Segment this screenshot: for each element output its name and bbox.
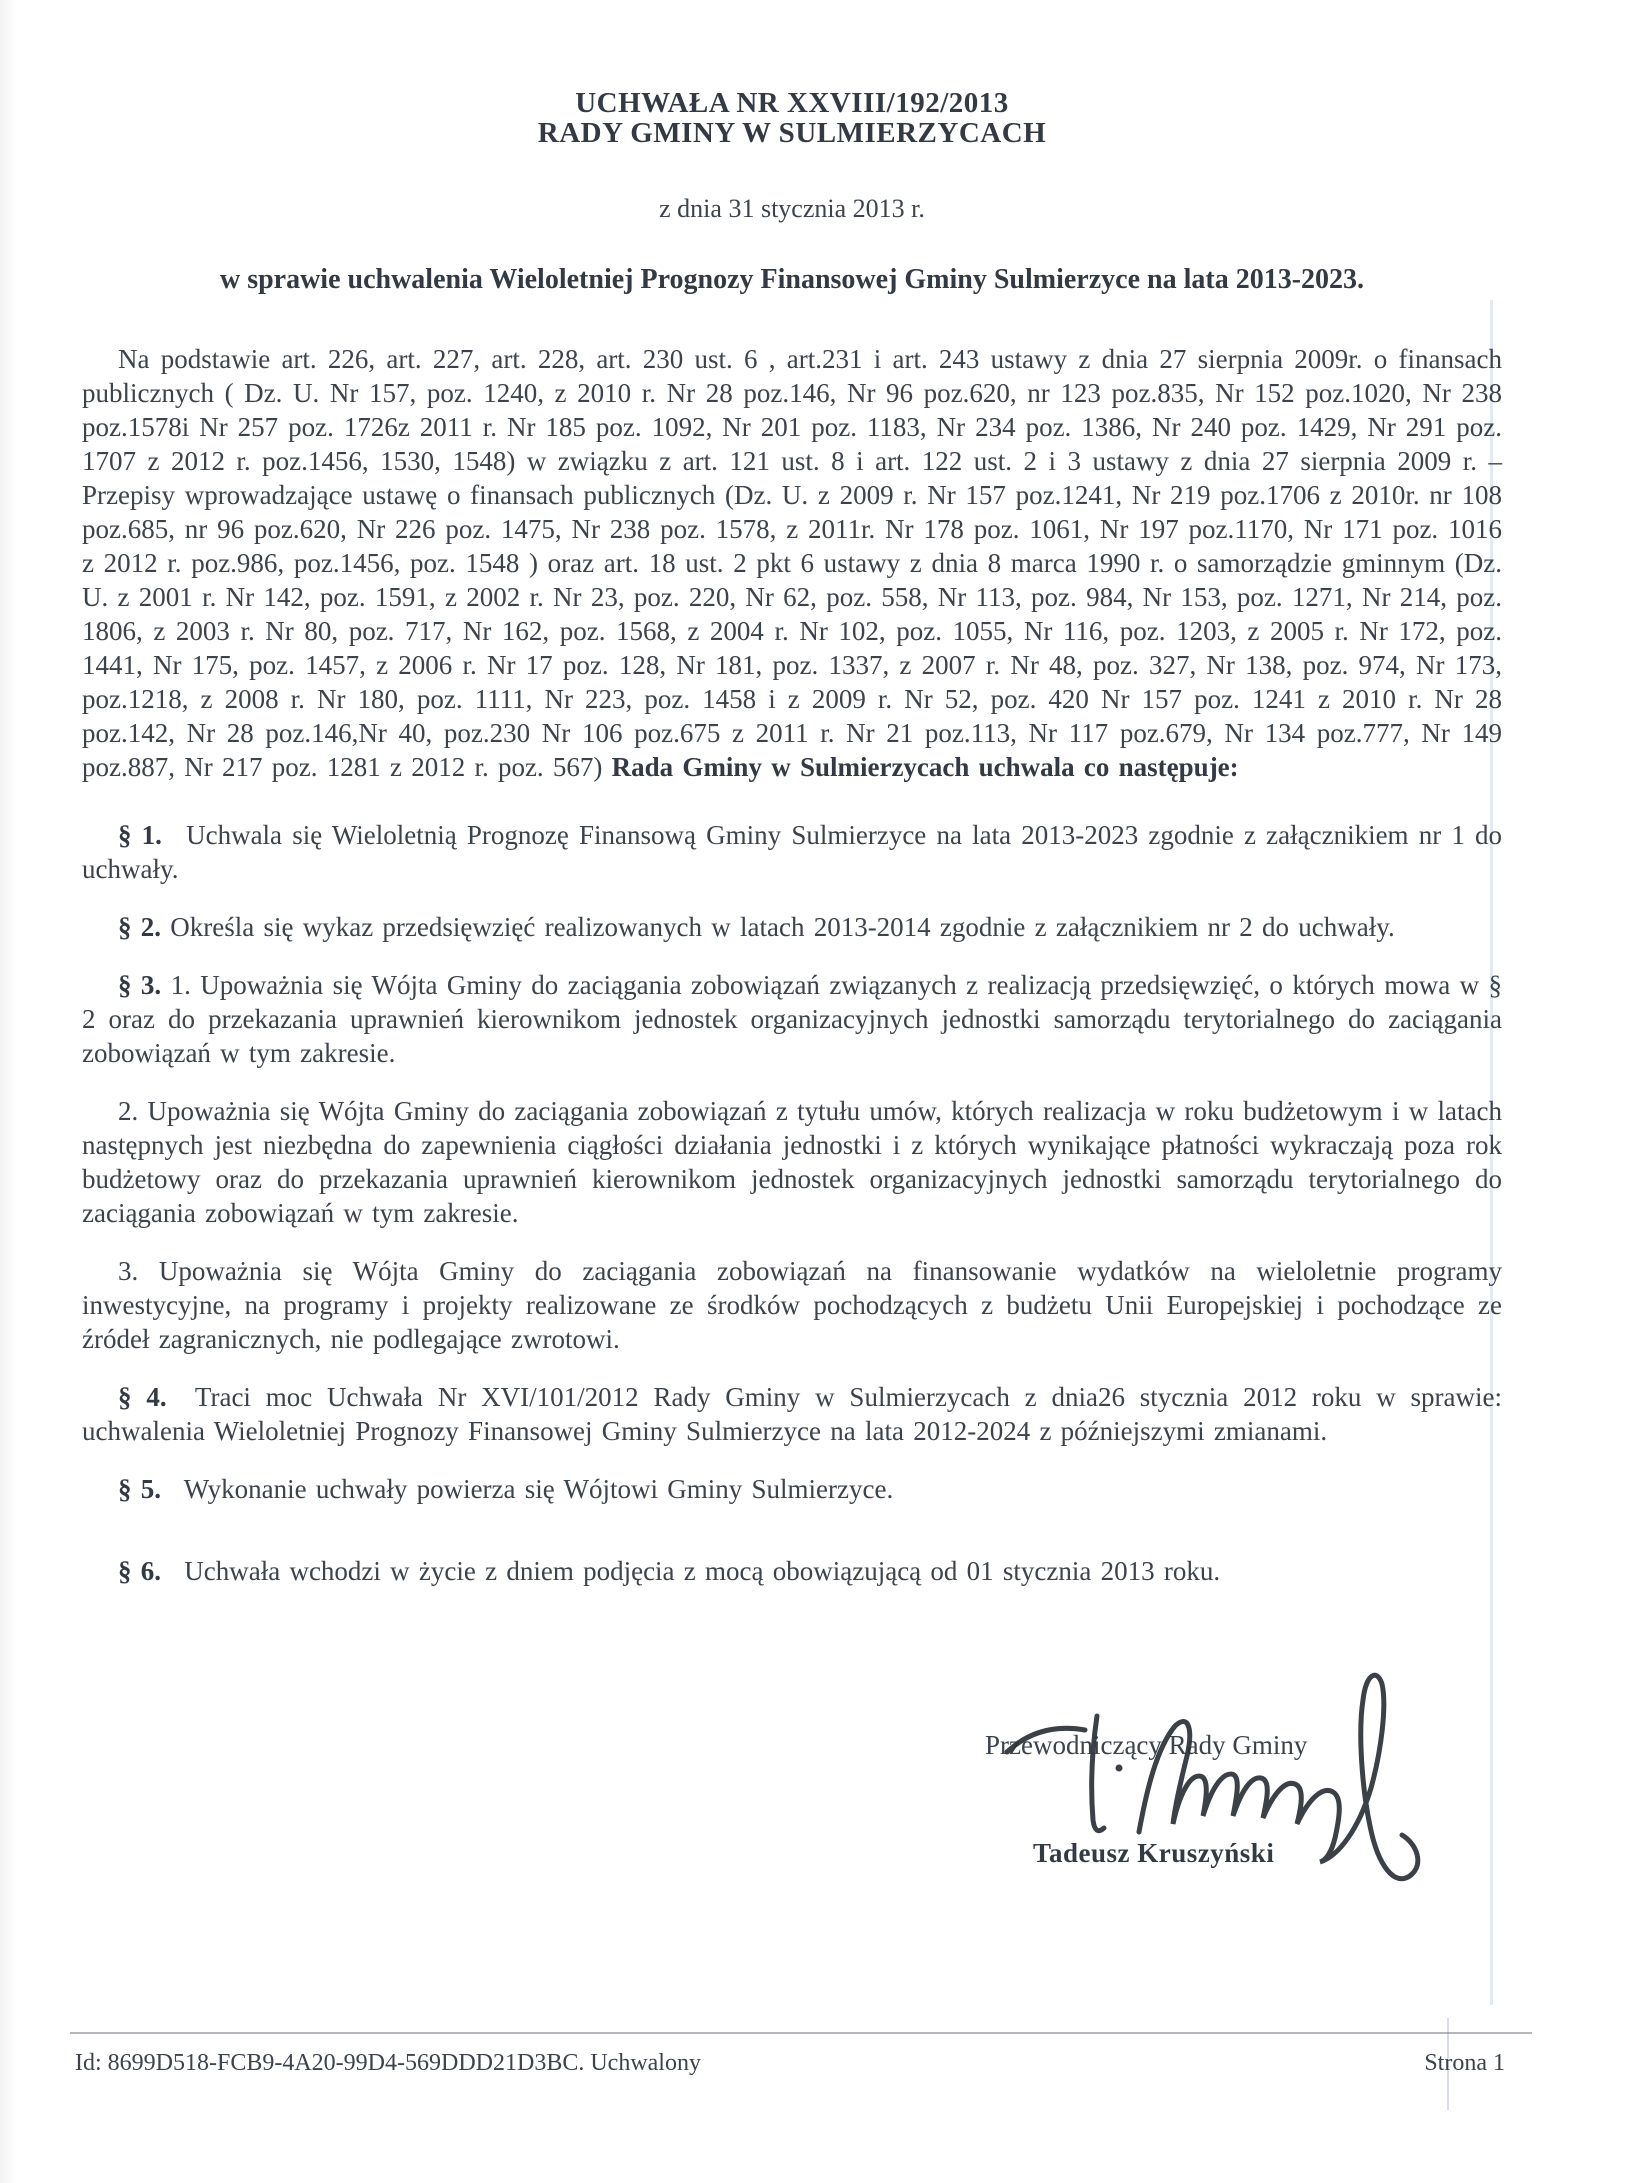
page-footer: Id: 8699D518-FCB9-4A20-99D4-569DDD21D3BC…	[75, 2048, 1505, 2078]
scan-edge-shadow	[0, 0, 16, 2183]
page-number: Strona 1	[1424, 2048, 1505, 2078]
section-text: Traci moc Uchwała Nr XVI/101/2012 Rady G…	[82, 1382, 1502, 1446]
section-par-3-1: § 3. 1. Upoważnia się Wójta Gminy do zac…	[82, 968, 1502, 1070]
resolution-subject: w sprawie uchwalenia Wieloletniej Progno…	[82, 264, 1502, 296]
section-par-4: § 4. Traci moc Uchwała Nr XVI/101/2012 R…	[82, 1380, 1502, 1448]
council-name-title: RADY GMINY W SULMIERZYCACH	[82, 118, 1502, 148]
section-marker: § 5.	[118, 1474, 161, 1504]
section-par-3-2: 2. Upoważnia się Wójta Gminy do zaciągan…	[82, 1094, 1502, 1230]
section-marker: § 4.	[118, 1382, 167, 1412]
section-marker: § 3.	[118, 970, 161, 1000]
section-marker: § 6.	[118, 1556, 161, 1586]
section-text: Określa się wykaz przedsięwzięć realizow…	[170, 912, 1395, 942]
document-page: UCHWAŁA NR XXVIII/192/2013 RADY GMINY W …	[0, 0, 1635, 2183]
legal-basis-text: Na podstawie art. 226, art. 227, art. 22…	[82, 344, 1502, 782]
section-par-6: § 6. Uchwała wchodzi w życie z dniem pod…	[82, 1554, 1502, 1588]
section-text: Uchwala się Wieloletnią Prognozę Finanso…	[82, 820, 1502, 884]
enacting-formula: Rada Gminy w Sulmierzycach uchwala co na…	[612, 752, 1239, 782]
signature-block: Przewodniczący Rady Gminy Tadeusz Kruszy…	[985, 1730, 1445, 1869]
section-par-5: § 5. Wykonanie uchwały powierza się Wójt…	[82, 1472, 1502, 1506]
signatory-name: Tadeusz Kruszyński	[1033, 1838, 1445, 1869]
section-marker: § 2.	[118, 912, 161, 942]
section-par-3-3: 3. Upoważnia się Wójta Gminy do zaciągan…	[82, 1254, 1502, 1356]
section-text: 3. Upoważnia się Wójta Gminy do zaciągan…	[82, 1256, 1502, 1354]
resolution-date: z dnia 31 stycznia 2013 r.	[82, 194, 1502, 224]
section-text: Uchwała wchodzi w życie z dniem podjęcia…	[184, 1556, 1220, 1586]
legal-basis-paragraph: Na podstawie art. 226, art. 227, art. 22…	[82, 342, 1502, 784]
section-par-2: § 2. Określa się wykaz przedsięwzięć rea…	[82, 910, 1502, 944]
section-marker: § 1.	[118, 820, 162, 850]
document-content: UCHWAŁA NR XXVIII/192/2013 RADY GMINY W …	[82, 0, 1502, 1588]
signatory-role: Przewodniczący Rady Gminy	[985, 1730, 1445, 1760]
section-par-1: § 1. Uchwala się Wieloletnią Prognozę Fi…	[82, 818, 1502, 886]
footer-divider	[70, 2032, 1532, 2034]
section-text: Wykonanie uchwały powierza się Wójtowi G…	[184, 1474, 893, 1504]
section-text: 1. Upoważnia się Wójta Gminy do zaciągan…	[82, 970, 1502, 1068]
section-text: 2. Upoważnia się Wójta Gminy do zaciągan…	[82, 1096, 1502, 1228]
handwritten-signature	[977, 1668, 1447, 1913]
resolution-number-title: UCHWAŁA NR XXVIII/192/2013	[82, 88, 1502, 118]
document-id: Id: 8699D518-FCB9-4A20-99D4-569DDD21D3BC…	[75, 2048, 701, 2078]
